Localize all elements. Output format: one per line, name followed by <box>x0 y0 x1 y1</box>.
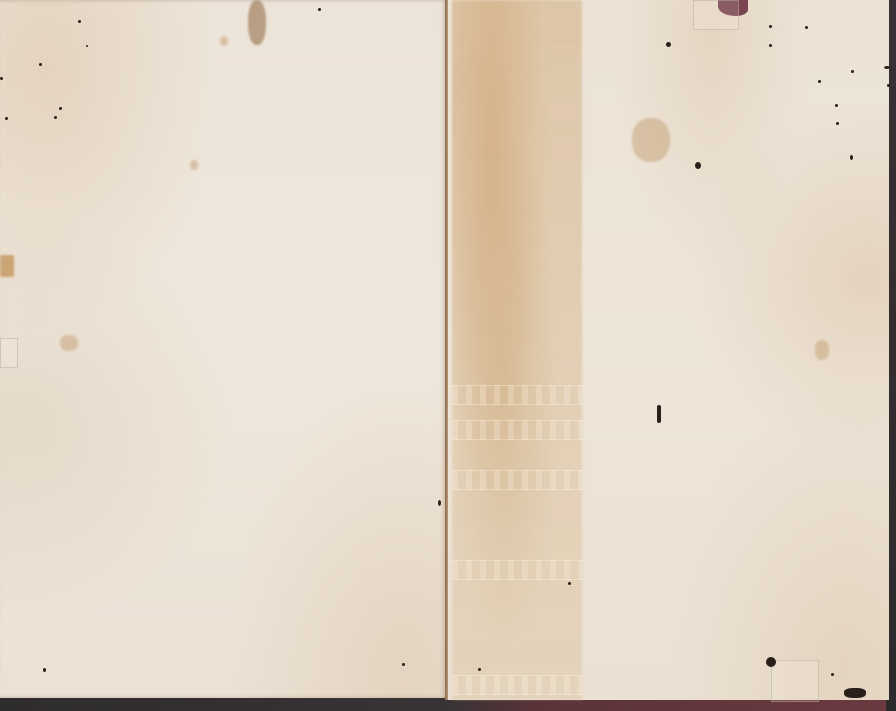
foxing-spot <box>657 405 661 423</box>
water-stain <box>632 118 670 162</box>
foxing-spot <box>769 44 772 47</box>
foxing-spot <box>666 42 671 47</box>
ornament-offset-row <box>452 560 582 580</box>
foxing-spot <box>568 582 571 585</box>
foxing-spot <box>39 63 42 66</box>
tape-fragment <box>0 338 18 368</box>
stain <box>220 36 228 46</box>
foxing-spot <box>78 20 81 23</box>
tape-fragment <box>771 660 819 702</box>
foxing-spot <box>54 116 57 119</box>
foxing-spot <box>835 104 838 107</box>
damage-mark <box>844 688 866 698</box>
stain <box>248 0 266 45</box>
foxing-spot <box>478 668 481 671</box>
stain <box>190 160 198 170</box>
foxing-spot <box>818 80 821 83</box>
foxing-spot <box>836 122 839 125</box>
stain <box>0 255 14 277</box>
stain <box>60 335 78 351</box>
foxing-spot <box>0 77 3 80</box>
foxing-spot <box>851 70 854 73</box>
foxing-spot <box>86 45 88 47</box>
ornament-offset-row <box>452 675 582 695</box>
foxing-spot <box>5 117 8 120</box>
foxing-spot <box>831 673 834 676</box>
foxing-spot <box>766 657 776 667</box>
foxing-spot <box>59 107 62 110</box>
foxing-spot <box>318 8 321 11</box>
foxing-spot <box>884 66 890 69</box>
foxing-spot <box>769 25 772 28</box>
gutter-offset-stain <box>452 0 582 700</box>
tape-fragment <box>693 0 739 30</box>
foxing-spot <box>887 84 890 87</box>
ornament-offset-row <box>452 420 582 440</box>
ornament-offset-row <box>452 385 582 405</box>
ornament-offset-row <box>452 470 582 490</box>
foxing-spot <box>850 155 853 160</box>
book-spine-fold <box>445 0 448 700</box>
stain <box>815 340 829 360</box>
foxing-spot <box>43 668 46 672</box>
foxing-spot <box>438 500 441 506</box>
foxing-spot <box>805 26 808 29</box>
foxing-spot <box>402 663 405 666</box>
foxing-spot <box>695 162 701 169</box>
